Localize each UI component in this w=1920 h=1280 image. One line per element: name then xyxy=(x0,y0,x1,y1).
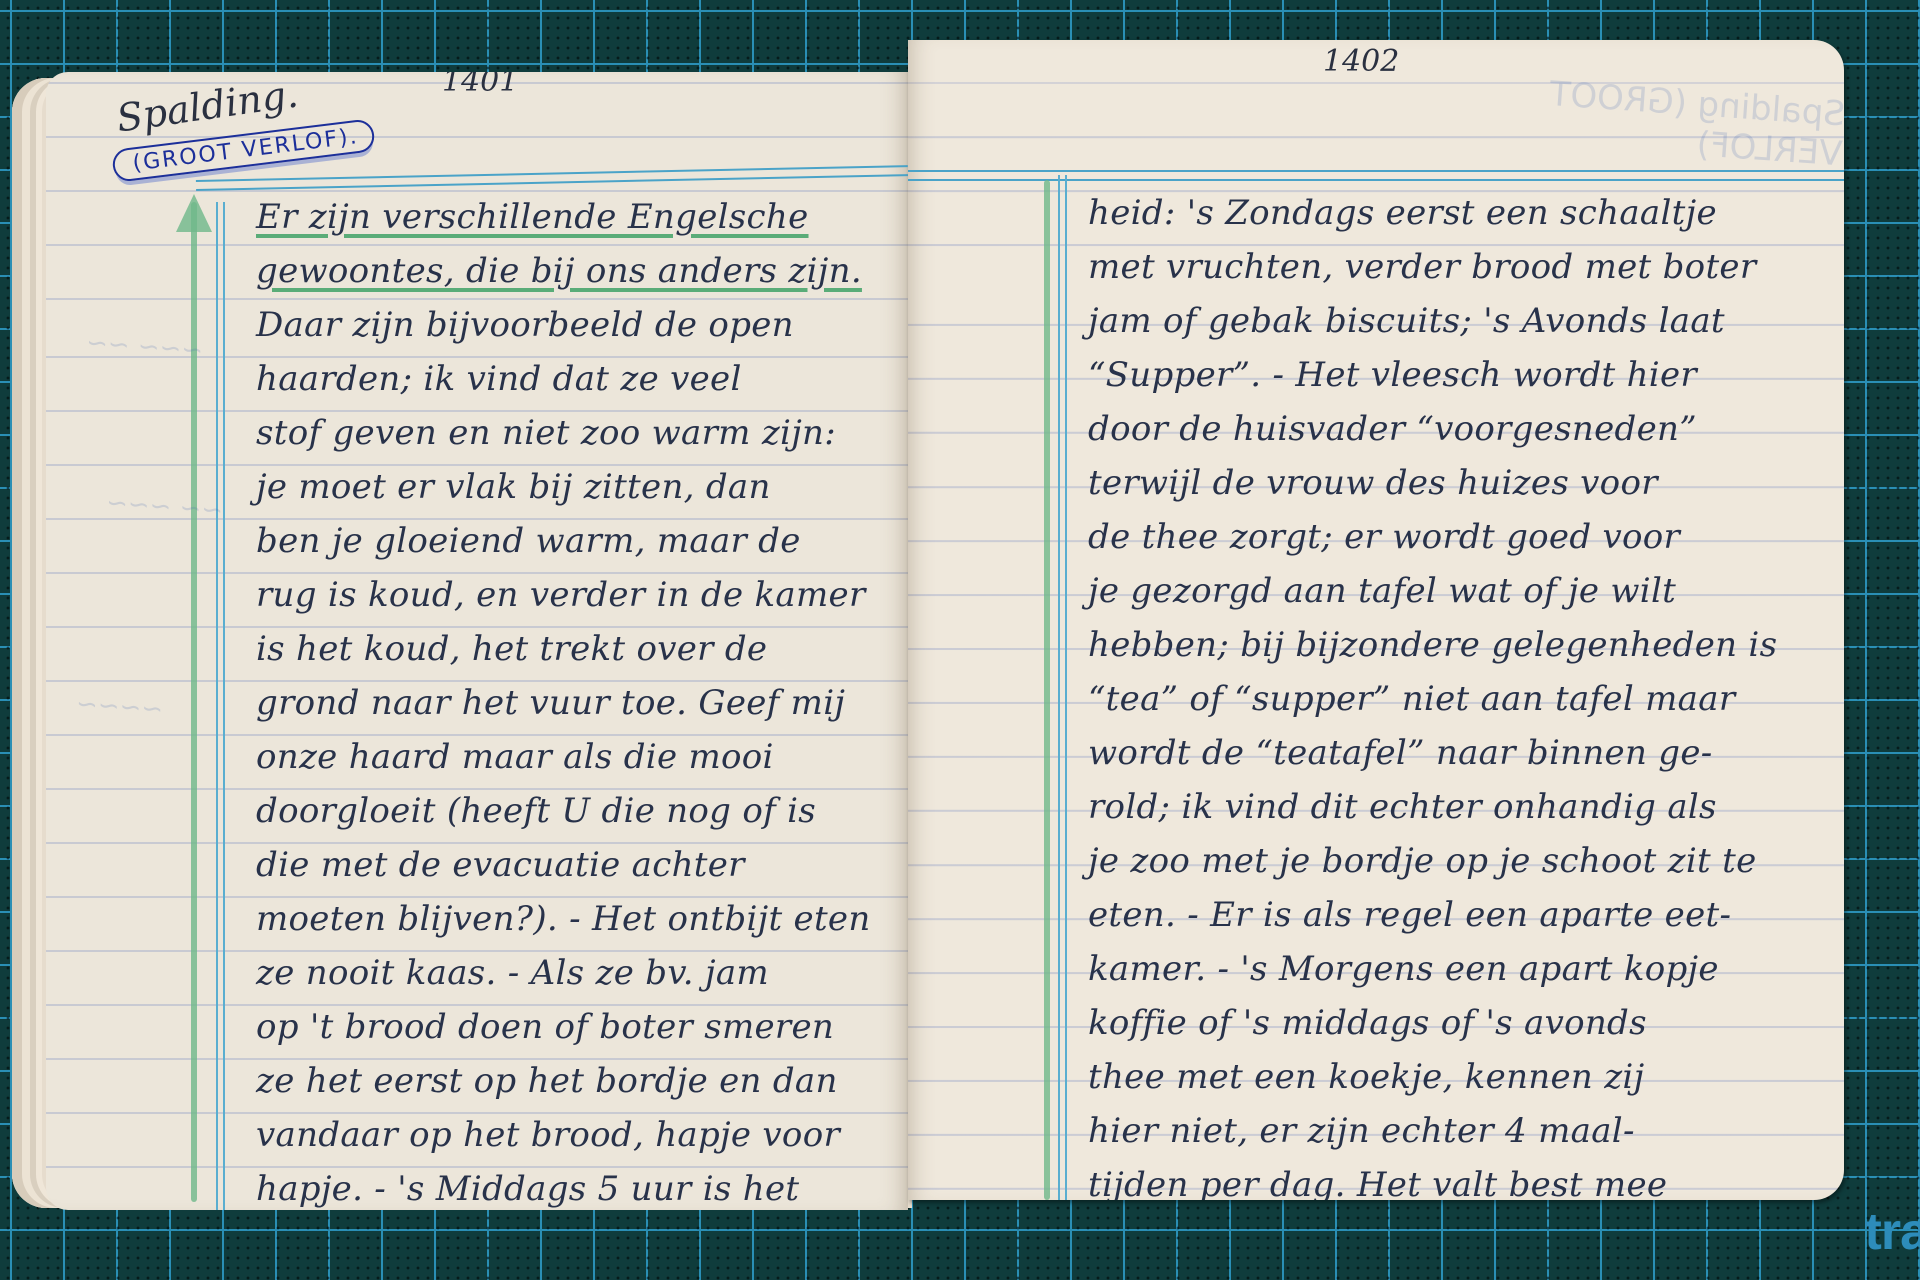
text-line: hapje. - 's Middags 5 uur is het xyxy=(256,1162,896,1210)
text-line: de thee zorgt; er wordt goed voor xyxy=(1088,510,1828,564)
text-line: “tea” of “supper” niet aan tafel maar xyxy=(1088,672,1828,726)
text-line: doorgloeit (heeft U die nog of is xyxy=(256,784,896,838)
page-number: 1402 xyxy=(1323,44,1399,79)
text-line: grond naar het vuur toe. Geef mij xyxy=(256,676,896,730)
text-line: thee met een koekje, kennen zij xyxy=(1088,1050,1828,1104)
text-line: kamer. - 's Morgens een apart kopje xyxy=(1088,942,1828,996)
bleed-through-text: ~~~~ xyxy=(75,689,164,725)
text-line: met vruchten, verder brood met boter xyxy=(1088,240,1828,294)
left-page: ~~~ ~~ ~~ ~~~ ~~~~ 1401 Spalding. (GROOT… xyxy=(46,72,908,1210)
text-line: hier niet, er zijn echter 4 maal- xyxy=(1088,1104,1828,1158)
text-line: rug is koud, en verder in de kamer xyxy=(256,568,896,622)
cutting-mat-logo: tra xyxy=(1865,1202,1920,1262)
margin-rule xyxy=(1058,175,1067,1200)
text-line: terwijl de vrouw des huizes voor xyxy=(1088,456,1828,510)
text-line: wordt de “teatafel” naar binnen ge- xyxy=(1088,726,1828,780)
text-line: eten. - Er is als regel een aparte eet- xyxy=(1088,888,1828,942)
text-line: “Supper”. - Het vleesch wordt hier xyxy=(1088,348,1828,402)
bleed-through-text: ~~~ ~~ xyxy=(85,328,204,366)
bleed-through-text: Spalding (GROOT VERLOF) xyxy=(1426,66,1844,175)
text-line: koffie of 's middags of 's avonds xyxy=(1088,996,1828,1050)
header-rule xyxy=(196,165,908,191)
text-line: Er zijn verschillende Engelsche xyxy=(256,190,896,244)
handwritten-text: heid: 's Zondags eerst een schaaltje met… xyxy=(1088,186,1828,1200)
text-line: stof geven en niet zoo warm zijn: xyxy=(256,406,896,460)
green-arrow-icon xyxy=(176,194,212,232)
text-line: Daar zijn bijvoorbeeld de open xyxy=(256,298,896,352)
text-line: je zoo met je bordje op je schoot zit te xyxy=(1088,834,1828,888)
bleed-through-text: ~~ ~~~ xyxy=(105,488,224,526)
text-line: hebben; bij bijzondere gelegenheden is xyxy=(1088,618,1828,672)
text-line: gewoontes, die bij ons anders zijn. xyxy=(256,244,896,298)
text-line: tijden per dag. Het valt best mee xyxy=(1088,1158,1828,1200)
text-line: moeten blijven?). - Het ontbijt eten xyxy=(256,892,896,946)
text-line: op 't brood doen of boter smeren xyxy=(256,1000,896,1054)
text-line: ze nooit kaas. - Als ze bv. jam xyxy=(256,946,896,1000)
right-page: Spalding (GROOT VERLOF) 1402 heid: 's Zo… xyxy=(908,40,1844,1200)
text-line: door de huisvader “voorgesneden” xyxy=(1088,402,1828,456)
text-line: heid: 's Zondags eerst een schaaltje xyxy=(1088,186,1828,240)
text-line: is het koud, het trekt over de xyxy=(256,622,896,676)
text-line: onze haard maar als die mooi xyxy=(256,730,896,784)
text-line: haarden; ik vind dat ze veel xyxy=(256,352,896,406)
text-line: rold; ik vind dit echter onhandig als xyxy=(1088,780,1828,834)
text-line: ze het eerst op het bordje en dan xyxy=(256,1054,896,1108)
text-line: je moet er vlak bij zitten, dan xyxy=(256,460,896,514)
margin-rule xyxy=(216,202,225,1210)
text-line: die met de evacuatie achter xyxy=(256,838,896,892)
handwritten-text: Er zijn verschillende Engelsche gewoonte… xyxy=(256,190,896,1210)
page-number: 1401 xyxy=(442,72,518,99)
text-line: ben je gloeiend warm, maar de xyxy=(256,514,896,568)
text-line: je gezorgd aan tafel wat of je wilt xyxy=(1088,564,1828,618)
green-pencil-line xyxy=(1044,180,1050,1200)
text-line: jam of gebak biscuits; 's Avonds laat xyxy=(1088,294,1828,348)
text-line: vandaar op het brood, hapje voor xyxy=(256,1108,896,1162)
